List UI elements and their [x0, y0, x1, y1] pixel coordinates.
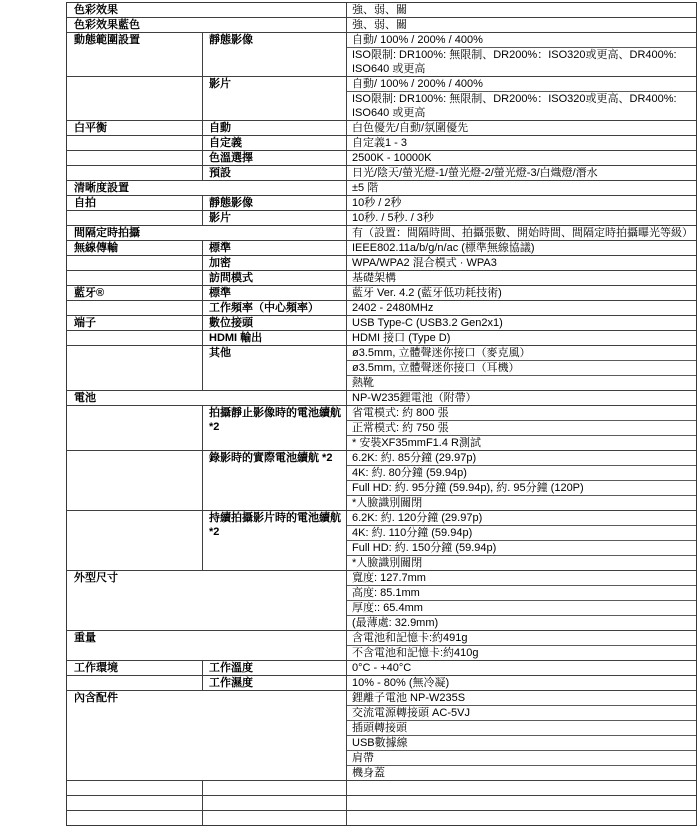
category-cell: 工作環境 — [67, 661, 203, 675]
value-cell: 自動/ 100% / 200% / 400% — [347, 33, 696, 47]
category-cell: 動態範圍設置 — [67, 33, 203, 76]
value-cell: NP-W235鋰電池（附帶） — [347, 391, 696, 405]
spec-row: 工作環境工作溫度0°C - +40°C — [67, 660, 696, 675]
value-stack: 基礎架構 — [347, 271, 696, 285]
value-cell: IEEE802.11a/b/g/n/ac (標準無線協議) — [347, 241, 696, 255]
value-stack — [347, 796, 696, 810]
value-stack: HDMI 接口 (Type D) — [347, 331, 696, 345]
value-cell: ISO限制: DR100%: 無限制、DR200%：ISO320或更高、DR40… — [347, 91, 696, 120]
spec-row: 工作頻率（中心頻率）2402 - 2480MHz — [67, 300, 696, 315]
category-cell — [67, 796, 203, 810]
value-cell: *人臉識別關閉 — [347, 495, 696, 510]
spec-row: 自拍靜態影像10秒 / 2秒 — [67, 195, 696, 210]
value-cell: 2402 - 2480MHz — [347, 301, 696, 315]
value-stack: ±5 階 — [347, 181, 696, 195]
value-cell: 自定義1 - 3 — [347, 136, 696, 150]
category-cell — [67, 136, 203, 150]
value-stack: 0°C - +40°C — [347, 661, 696, 675]
spec-row: 外型尺寸寬度: 127.7mm高度: 85.1mm厚度:: 65.4mm(最薄處… — [67, 570, 696, 630]
category-cell: 藍牙® — [67, 286, 203, 300]
subcategory-cell: 訪問模式 — [203, 271, 347, 285]
value-stack: 自定義1 - 3 — [347, 136, 696, 150]
category-cell — [67, 151, 203, 165]
value-stack: 藍牙 Ver. 4.2 (藍牙低功耗技術) — [347, 286, 696, 300]
value-stack: 6.2K: 約. 85分鐘 (29.97p)4K: 約. 80分鐘 (59.94… — [347, 451, 696, 510]
value-cell: 4K: 約. 110分鐘 (59.94p) — [347, 525, 696, 540]
spec-row: 重量含電池和記憶卡:約491g不含電池和記憶卡:約410g — [67, 630, 696, 660]
value-cell: 插頭轉接頭 — [347, 720, 696, 735]
value-cell: 肩帶 — [347, 750, 696, 765]
value-cell: 省電模式: 約 800 張 — [347, 406, 696, 420]
spec-row: HDMI 輸出HDMI 接口 (Type D) — [67, 330, 696, 345]
value-stack: 2500K - 10000K — [347, 151, 696, 165]
spec-row: 清晰度設置±5 階 — [67, 180, 696, 195]
category-cell — [67, 331, 203, 345]
subcategory-cell: 標準 — [203, 286, 347, 300]
subcategory-cell: 加密 — [203, 256, 347, 270]
spec-row: 內含配件鋰離子電池 NP-W235S交流電源轉接頭 AC-5VJ插頭轉接頭USB… — [67, 690, 696, 780]
value-stack: NP-W235鋰電池（附帶） — [347, 391, 696, 405]
spec-row — [67, 780, 696, 795]
value-stack — [347, 811, 696, 825]
value-cell: 10秒. / 5秒. / 3秒 — [347, 211, 696, 225]
subcategory-cell: 錄影時的實際電池續航 *2 — [203, 451, 347, 510]
value-cell: 自動/ 100% / 200% / 400% — [347, 77, 696, 91]
value-stack: 2402 - 2480MHz — [347, 301, 696, 315]
subcategory-cell: 拍攝靜止影像時的電池續航 *2 — [203, 406, 347, 450]
category-cell: 白平衡 — [67, 121, 203, 135]
value-stack: ø3.5mm, 立體聲迷你接口（麥克風）ø3.5mm, 立體聲迷你接口（耳機）熱… — [347, 346, 696, 390]
value-stack: 強、弱、關 — [347, 18, 696, 32]
category-cell: 端子 — [67, 316, 203, 330]
value-stack: 鋰離子電池 NP-W235S交流電源轉接頭 AC-5VJ插頭轉接頭USB數據線肩… — [347, 691, 696, 780]
subcategory-cell: 靜態影像 — [203, 33, 347, 76]
value-stack: 10秒. / 5秒. / 3秒 — [347, 211, 696, 225]
subcategory-cell: 工作頻率（中心頻率） — [203, 301, 347, 315]
category-cell — [67, 676, 203, 690]
value-cell: 強、弱、關 — [347, 3, 696, 17]
value-stack: 自動/ 100% / 200% / 400%ISO限制: DR100%: 無限制… — [347, 77, 696, 120]
value-stack: 日光/陰天/螢光燈-1/螢光燈-2/螢光燈-3/白熾燈/潛水 — [347, 166, 696, 180]
spec-row — [67, 810, 696, 825]
value-cell: 厚度:: 65.4mm — [347, 600, 696, 615]
subcategory-cell: 預設 — [203, 166, 347, 180]
value-stack: USB Type-C (USB3.2 Gen2x1) — [347, 316, 696, 330]
category-cell: 外型尺寸 — [67, 571, 347, 630]
value-cell: 含電池和記憶卡:約491g — [347, 631, 696, 645]
spec-row: 預設日光/陰天/螢光燈-1/螢光燈-2/螢光燈-3/白熾燈/潛水 — [67, 165, 696, 180]
value-stack: IEEE802.11a/b/g/n/ac (標準無線協議) — [347, 241, 696, 255]
value-cell: 6.2K: 約. 120分鐘 (29.97p) — [347, 511, 696, 525]
category-cell: 色彩效果 — [67, 3, 347, 17]
subcategory-cell: 影片 — [203, 211, 347, 225]
value-cell: 不含電池和記憶卡:約410g — [347, 645, 696, 660]
subcategory-cell: 自定義 — [203, 136, 347, 150]
subcategory-cell — [203, 781, 347, 795]
spec-row: 無線傳輸標準IEEE802.11a/b/g/n/ac (標準無線協議) — [67, 240, 696, 255]
value-cell: ø3.5mm, 立體聲迷你接口（麥克風） — [347, 346, 696, 360]
value-cell: Full HD: 約. 95分鐘 (59.94p), 約. 95分鐘 (120P… — [347, 480, 696, 495]
subcategory-cell: 影片 — [203, 77, 347, 120]
subcategory-cell: 標準 — [203, 241, 347, 255]
category-cell — [67, 256, 203, 270]
value-cell: 強、弱、關 — [347, 18, 696, 32]
subcategory-cell: 工作濕度 — [203, 676, 347, 690]
value-stack: WPA/WPA2 混合模式 · WPA3 — [347, 256, 696, 270]
category-cell — [67, 811, 203, 825]
value-cell: ±5 階 — [347, 181, 696, 195]
category-cell — [67, 406, 203, 450]
value-cell: USB數據線 — [347, 735, 696, 750]
value-stack: 10% - 80% (無冷凝) — [347, 676, 696, 690]
spec-row: 白平衡自動白色優先/自動/氛圍優先 — [67, 120, 696, 135]
spec-row: 加密WPA/WPA2 混合模式 · WPA3 — [67, 255, 696, 270]
category-cell — [67, 211, 203, 225]
category-cell — [67, 166, 203, 180]
value-stack: 含電池和記憶卡:約491g不含電池和記憶卡:約410g — [347, 631, 696, 660]
spec-table: 色彩效果強、弱、關色彩效果藍色強、弱、關動態範圍設置靜態影像自動/ 100% /… — [66, 2, 697, 826]
spec-row: 色彩效果藍色強、弱、關 — [67, 17, 696, 32]
value-cell: 有（設置：間隔時間、拍攝張數、開始時間、間隔定時拍攝曝光等級） — [347, 226, 696, 240]
value-cell — [347, 781, 696, 795]
value-cell — [347, 796, 696, 810]
subcategory-cell: 數位接頭 — [203, 316, 347, 330]
subcategory-cell: 自動 — [203, 121, 347, 135]
value-stack: 寬度: 127.7mm高度: 85.1mm厚度:: 65.4mm(最薄處: 32… — [347, 571, 696, 630]
category-cell: 間隔定時拍攝 — [67, 226, 347, 240]
spec-row: 拍攝靜止影像時的電池續航 *2省電模式: 約 800 張正常模式: 約 750 … — [67, 405, 696, 450]
subcategory-cell — [203, 796, 347, 810]
subcategory-cell: 色溫選擇 — [203, 151, 347, 165]
spec-row: 電池NP-W235鋰電池（附帶） — [67, 390, 696, 405]
value-stack: 強、弱、關 — [347, 3, 696, 17]
category-cell: 色彩效果藍色 — [67, 18, 347, 32]
category-cell: 無線傳輸 — [67, 241, 203, 255]
value-cell: * 安裝XF35mmF1.4 R測試 — [347, 435, 696, 450]
category-cell: 內含配件 — [67, 691, 347, 780]
value-cell: 熱靴 — [347, 375, 696, 390]
value-cell: ISO限制: DR100%: 無限制、DR200%：ISO320或更高、DR40… — [347, 47, 696, 76]
value-stack — [347, 781, 696, 795]
subcategory-cell: 工作溫度 — [203, 661, 347, 675]
value-cell: 6.2K: 約. 85分鐘 (29.97p) — [347, 451, 696, 465]
value-cell: 機身蓋 — [347, 765, 696, 780]
spec-row: 其他ø3.5mm, 立體聲迷你接口（麥克風）ø3.5mm, 立體聲迷你接口（耳機… — [67, 345, 696, 390]
category-cell — [67, 271, 203, 285]
value-cell: 10秒 / 2秒 — [347, 196, 696, 210]
category-cell — [67, 77, 203, 120]
value-cell: USB Type-C (USB3.2 Gen2x1) — [347, 316, 696, 330]
category-cell: 清晰度設置 — [67, 181, 347, 195]
subcategory-cell: 持續拍攝影片時的電池續航 *2 — [203, 511, 347, 570]
value-cell: WPA/WPA2 混合模式 · WPA3 — [347, 256, 696, 270]
value-cell: (最薄處: 32.9mm) — [347, 615, 696, 630]
spec-row — [67, 795, 696, 810]
value-stack: 10秒 / 2秒 — [347, 196, 696, 210]
value-stack: 省電模式: 約 800 張正常模式: 約 750 張* 安裝XF35mmF1.4… — [347, 406, 696, 450]
spec-row: 持續拍攝影片時的電池續航 *26.2K: 約. 120分鐘 (29.97p)4K… — [67, 510, 696, 570]
value-cell: 日光/陰天/螢光燈-1/螢光燈-2/螢光燈-3/白熾燈/潛水 — [347, 166, 696, 180]
spec-row: 動態範圍設置靜態影像自動/ 100% / 200% / 400%ISO限制: D… — [67, 32, 696, 76]
value-cell: Full HD: 約. 150分鐘 (59.94p) — [347, 540, 696, 555]
category-cell — [67, 451, 203, 510]
spec-row: 錄影時的實際電池續航 *26.2K: 約. 85分鐘 (29.97p)4K: 約… — [67, 450, 696, 510]
value-stack: 白色優先/自動/氛圍優先 — [347, 121, 696, 135]
spec-row: 影片10秒. / 5秒. / 3秒 — [67, 210, 696, 225]
subcategory-cell: HDMI 輸出 — [203, 331, 347, 345]
value-cell: ø3.5mm, 立體聲迷你接口（耳機） — [347, 360, 696, 375]
value-stack: 有（設置：間隔時間、拍攝張數、開始時間、間隔定時拍攝曝光等級） — [347, 226, 696, 240]
category-cell — [67, 511, 203, 570]
value-cell: 鋰離子電池 NP-W235S — [347, 691, 696, 705]
category-cell: 電池 — [67, 391, 347, 405]
value-cell: 藍牙 Ver. 4.2 (藍牙低功耗技術) — [347, 286, 696, 300]
category-cell: 重量 — [67, 631, 347, 660]
spec-row: 工作濕度10% - 80% (無冷凝) — [67, 675, 696, 690]
spec-row: 色彩效果強、弱、關 — [67, 3, 696, 17]
value-cell: 2500K - 10000K — [347, 151, 696, 165]
value-cell: 高度: 85.1mm — [347, 585, 696, 600]
subcategory-cell — [203, 811, 347, 825]
category-cell — [67, 781, 203, 795]
value-stack: 6.2K: 約. 120分鐘 (29.97p)4K: 約. 110分鐘 (59.… — [347, 511, 696, 570]
spec-row: 端子數位接頭USB Type-C (USB3.2 Gen2x1) — [67, 315, 696, 330]
spec-row: 影片自動/ 100% / 200% / 400%ISO限制: DR100%: 無… — [67, 76, 696, 120]
spec-row: 藍牙®標準藍牙 Ver. 4.2 (藍牙低功耗技術) — [67, 285, 696, 300]
value-cell — [347, 811, 696, 825]
value-cell: 4K: 約. 80分鐘 (59.94p) — [347, 465, 696, 480]
value-cell: 基礎架構 — [347, 271, 696, 285]
value-cell: HDMI 接口 (Type D) — [347, 331, 696, 345]
category-cell — [67, 301, 203, 315]
value-cell: 白色優先/自動/氛圍優先 — [347, 121, 696, 135]
subcategory-cell: 靜態影像 — [203, 196, 347, 210]
spec-row: 間隔定時拍攝有（設置：間隔時間、拍攝張數、開始時間、間隔定時拍攝曝光等級） — [67, 225, 696, 240]
subcategory-cell: 其他 — [203, 346, 347, 390]
category-cell — [67, 346, 203, 390]
spec-row: 色溫選擇2500K - 10000K — [67, 150, 696, 165]
value-cell: 0°C - +40°C — [347, 661, 696, 675]
value-cell: 正常模式: 約 750 張 — [347, 420, 696, 435]
value-cell: 10% - 80% (無冷凝) — [347, 676, 696, 690]
value-stack: 自動/ 100% / 200% / 400%ISO限制: DR100%: 無限制… — [347, 33, 696, 76]
value-cell: 交流電源轉接頭 AC-5VJ — [347, 705, 696, 720]
value-cell: 寬度: 127.7mm — [347, 571, 696, 585]
spec-row: 訪問模式基礎架構 — [67, 270, 696, 285]
spec-row: 自定義自定義1 - 3 — [67, 135, 696, 150]
value-cell: *人臉識別關閉 — [347, 555, 696, 570]
category-cell: 自拍 — [67, 196, 203, 210]
